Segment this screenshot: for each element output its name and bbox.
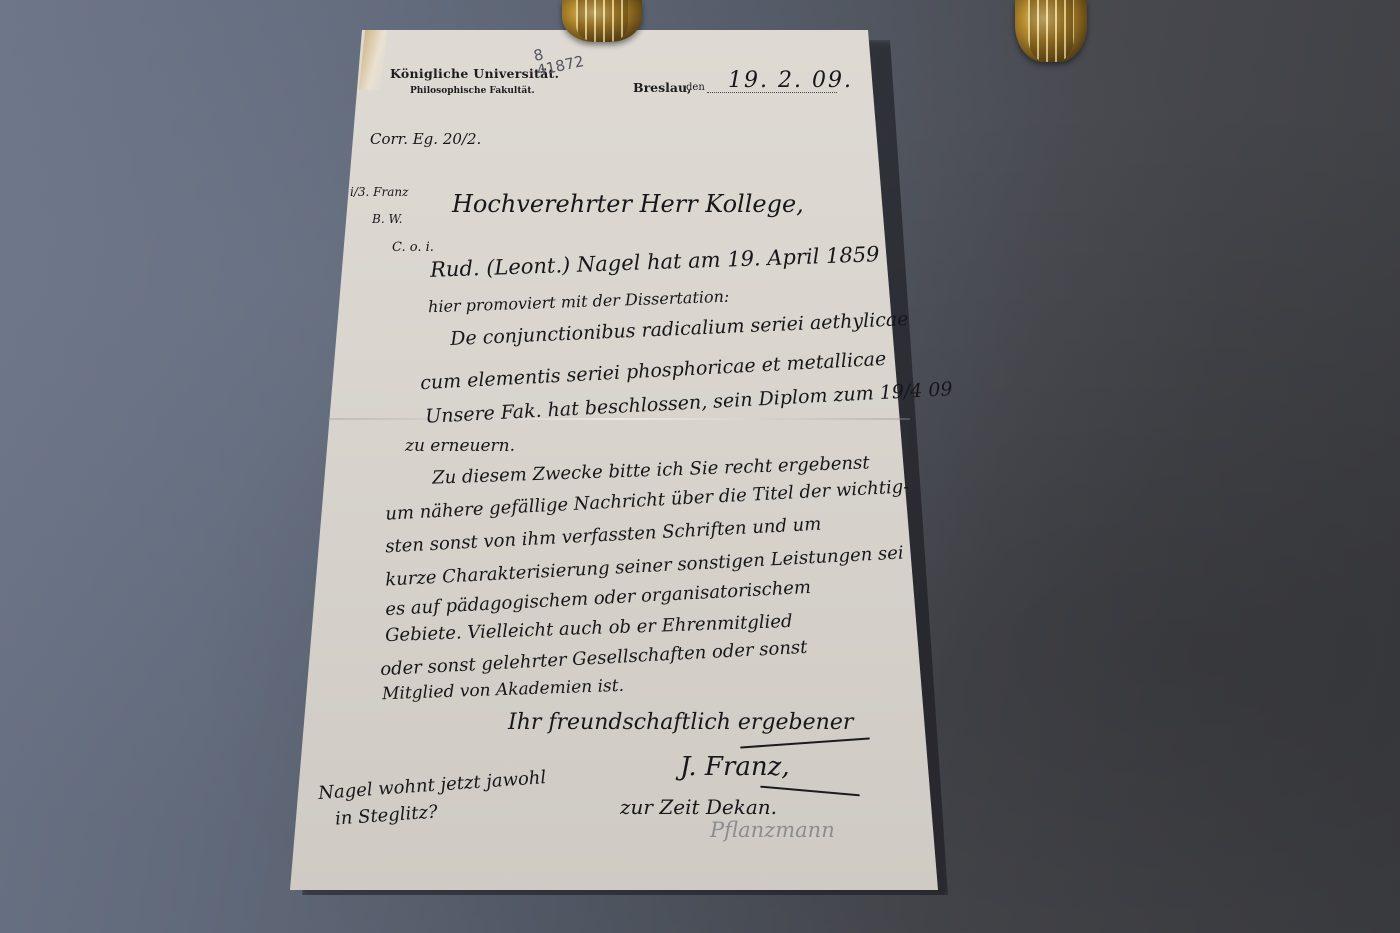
margin-note-left-1: i/3. Franz (350, 185, 408, 199)
margin-note-top: Corr. Eg. 20/2. (370, 130, 481, 148)
letterhead-faculty: Philosophische Fakultät. (410, 86, 535, 96)
letterhead-place: Breslau, (633, 80, 691, 95)
letterhead-den: den (686, 82, 705, 93)
brass-hand-clip-right-icon (1015, 0, 1087, 62)
paper-fold-crease (328, 418, 910, 420)
letterhead-institution: Königliche Universität. (390, 66, 559, 81)
signature-title: zur Zeit Dekan. (620, 795, 777, 819)
margin-note-left-3: C. o. i. (392, 240, 434, 255)
body-line: zu erneuern. (405, 436, 515, 456)
brass-hand-clip-left-icon (562, 0, 642, 42)
margin-note-left-2: B. W. (372, 212, 403, 226)
letter-salutation: Hochverehrter Herr Kollege, (452, 190, 804, 218)
letter-date: 19. 2. 09. (728, 68, 853, 93)
letter-closing: Ihr freundschaftlich ergebener (508, 710, 853, 735)
pencil-annotation: Pflanzmann (710, 818, 835, 842)
signature: J. Franz, (680, 752, 790, 782)
